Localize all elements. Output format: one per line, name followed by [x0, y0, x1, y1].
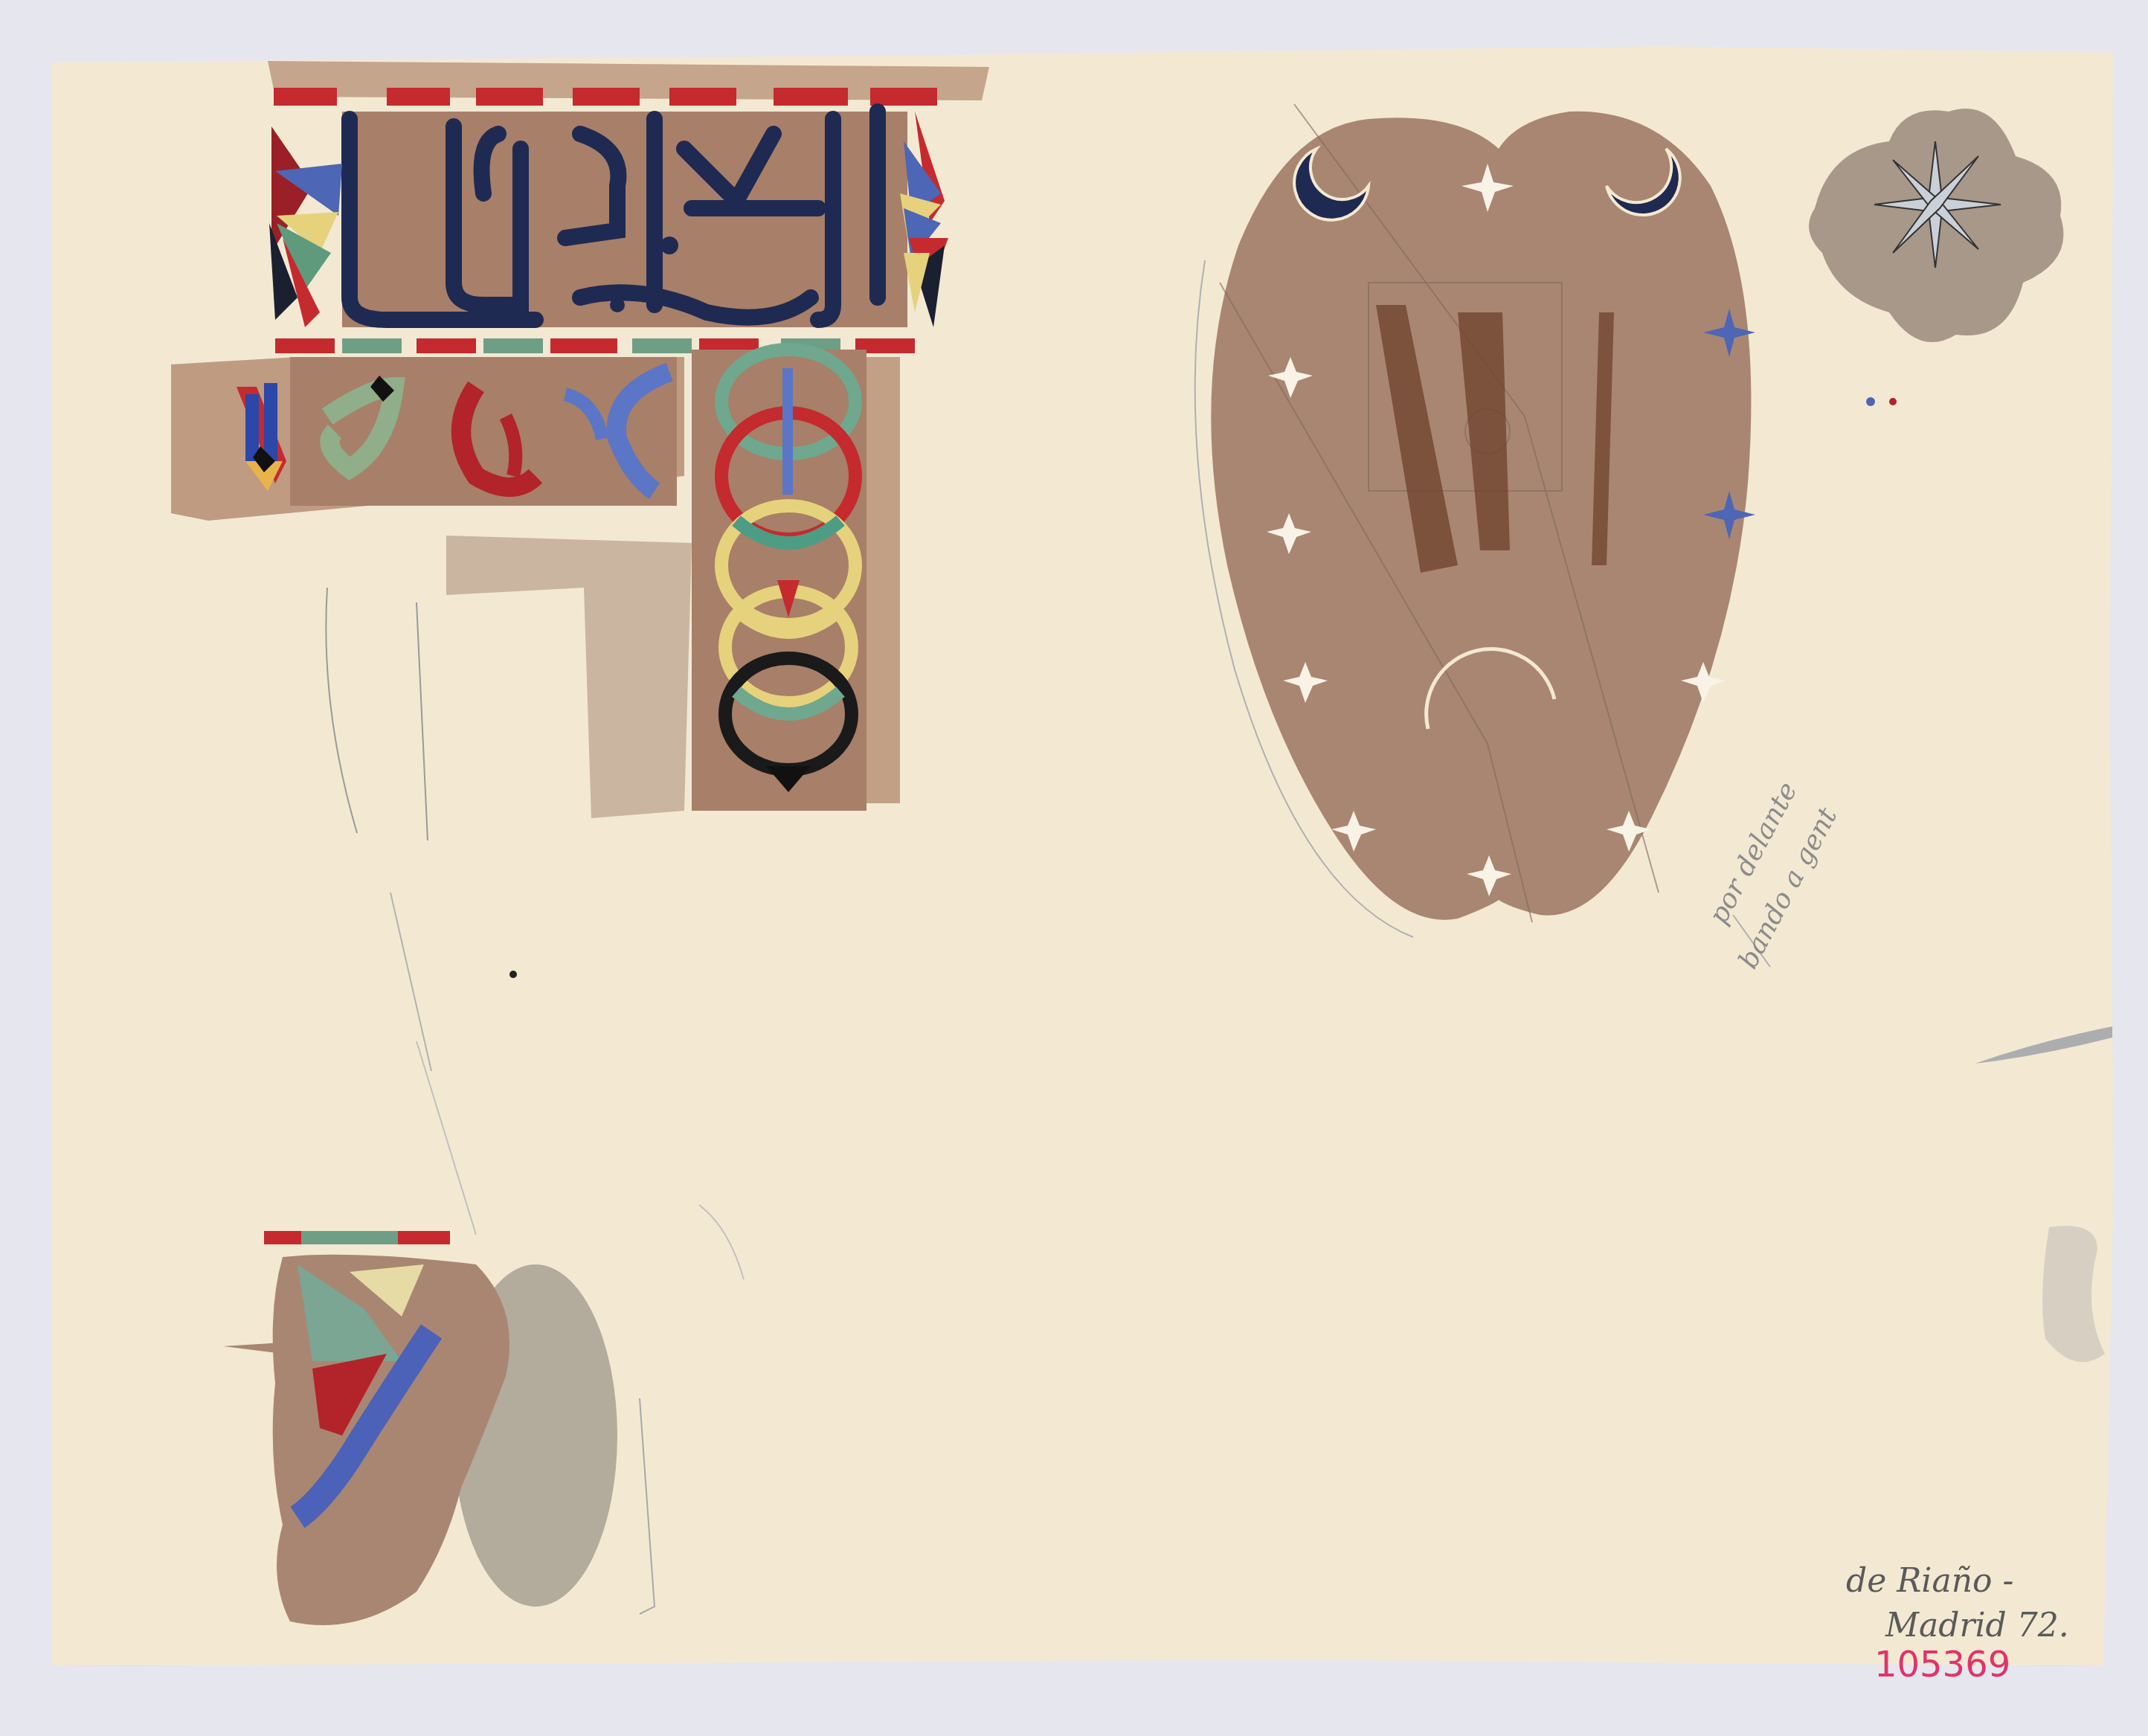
signature-line1: de Riaño -	[1846, 1562, 2013, 1600]
paper-stains	[1866, 397, 2112, 1362]
interlace-column	[692, 350, 900, 811]
watercolor-artwork	[0, 0, 2148, 1736]
shield-emblem	[1195, 104, 1770, 967]
arabesque-band	[171, 357, 684, 521]
corbel-fragment	[223, 1231, 617, 1625]
calligraphy-panel	[268, 61, 989, 353]
inventory-number: 105369	[1874, 1644, 2010, 1685]
signature-line2: Madrid 72.	[1885, 1607, 2069, 1645]
compass-star	[1809, 109, 2063, 342]
